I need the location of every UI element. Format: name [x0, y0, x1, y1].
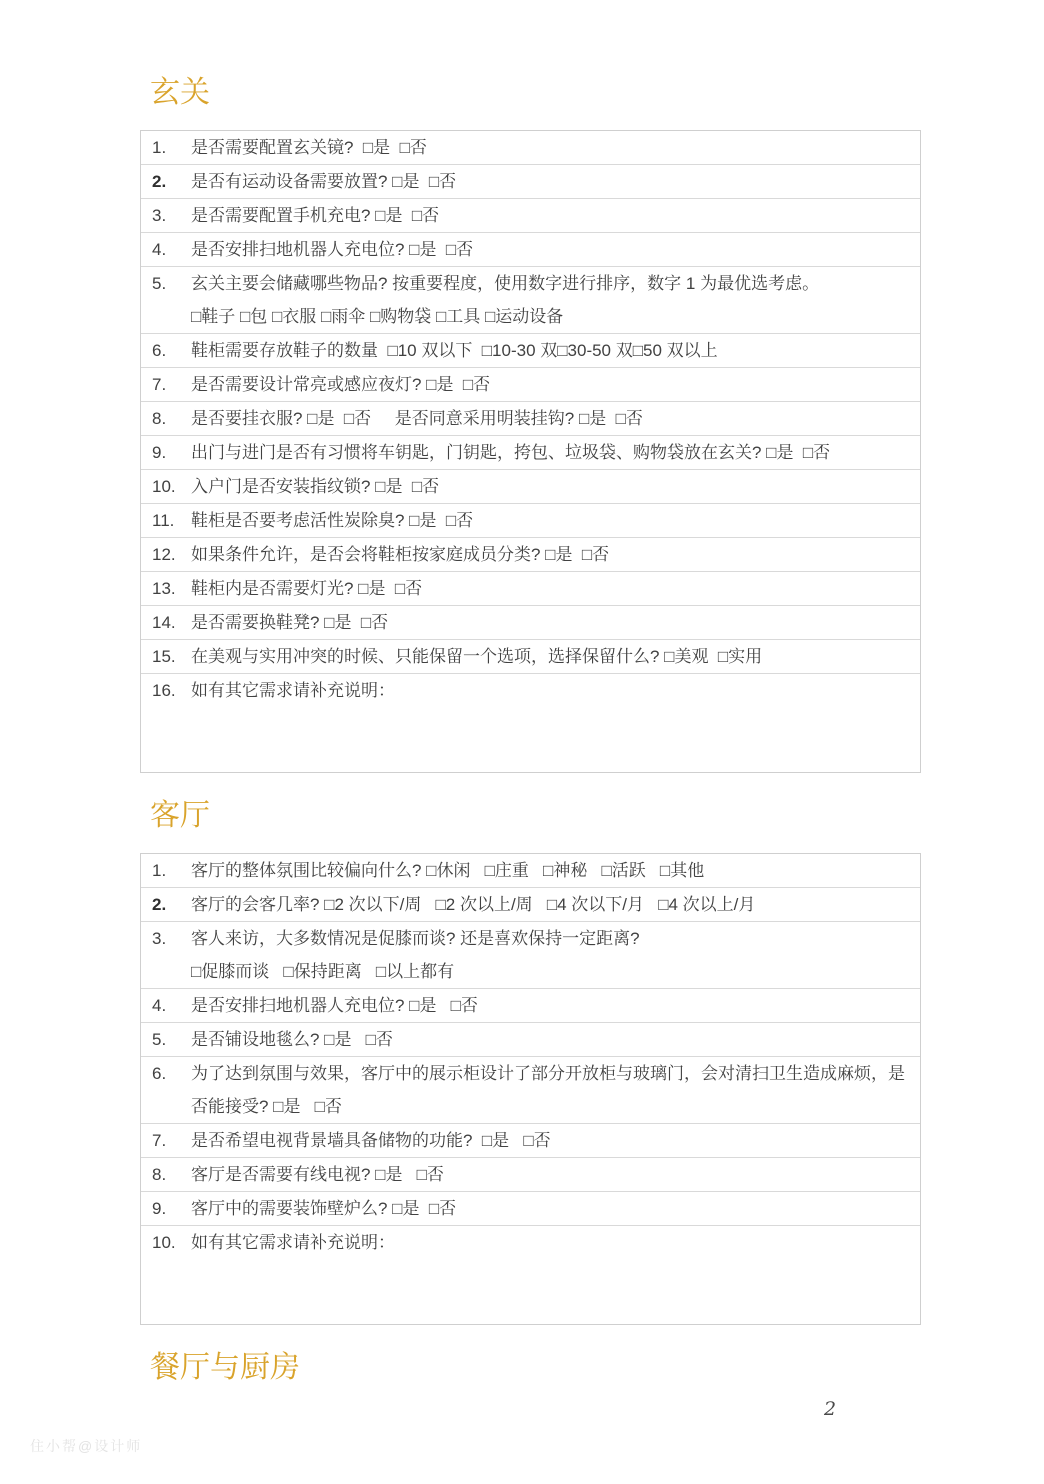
- question-row: 8.客厅是否需要有线电视? □是 □否: [141, 1157, 920, 1191]
- question-line: 出门与进门是否有习惯将车钥匙，门钥匙，挎包、垃圾袋、购物袋放在玄关? □是 □否: [191, 436, 906, 469]
- question-line: 是否要挂衣服? □是 □否 是否同意采用明装挂钩? □是 □否: [191, 402, 906, 435]
- question-line: 是否需要配置手机充电? □是 □否: [191, 199, 906, 232]
- question-text: 在美观与实用冲突的时候、只能保留一个选项，选择保留什么? □美观 □实用: [191, 640, 920, 673]
- page-number: 2: [824, 1398, 836, 1420]
- question-row: 3.客人来访，大多数情况是促膝而谈? 还是喜欢保持一定距离?□促膝而谈 □保持距…: [141, 921, 920, 988]
- question-number: 11.: [141, 504, 191, 537]
- question-number: 8.: [141, 1158, 191, 1191]
- question-line: □鞋子 □包 □衣服 □雨伞 □购物袋 □工具 □运动设备: [191, 300, 906, 333]
- question-number: 9.: [141, 1192, 191, 1225]
- question-line: 是否铺设地毯么? □是 □否: [191, 1023, 906, 1056]
- question-line: 客厅是否需要有线电视? □是 □否: [191, 1158, 906, 1191]
- question-number: 7.: [141, 1124, 191, 1157]
- section-title: 客厅: [150, 798, 921, 833]
- question-number: 2.: [141, 888, 191, 921]
- question-number: 1.: [141, 854, 191, 887]
- question-text: 客人来访，大多数情况是促膝而谈? 还是喜欢保持一定距离?□促膝而谈 □保持距离 …: [191, 922, 920, 988]
- question-line: 鞋柜是否要考虑活性炭除臭? □是 □否: [191, 504, 906, 537]
- question-line: 如果条件允许，是否会将鞋柜按家庭成员分类? □是 □否: [191, 538, 906, 571]
- question-number: 7.: [141, 368, 191, 401]
- question-row: 8.是否要挂衣服? □是 □否 是否同意采用明装挂钩? □是 □否: [141, 401, 920, 435]
- question-text: 玄关主要会储藏哪些物品? 按重要程度，使用数字进行排序，数字 1 为最优选考虑。…: [191, 267, 920, 333]
- question-line: 在美观与实用冲突的时候、只能保留一个选项，选择保留什么? □美观 □实用: [191, 640, 906, 673]
- question-text: 是否安排扫地机器人充电位? □是 □否: [191, 233, 920, 266]
- question-line: 是否需要换鞋凳? □是 □否: [191, 606, 906, 639]
- question-text: 为了达到氛围与效果，客厅中的展示柜设计了部分开放柜与玻璃门，会对清扫卫生造成麻烦…: [191, 1057, 920, 1123]
- question-line: 如有其它需求请补充说明：: [191, 1226, 906, 1259]
- question-text: 鞋柜内是否需要灯光? □是 □否: [191, 572, 920, 605]
- question-row: 4.是否安排扫地机器人充电位? □是 □否: [141, 232, 920, 266]
- question-text: 如果条件允许，是否会将鞋柜按家庭成员分类? □是 □否: [191, 538, 920, 571]
- question-line: □促膝而谈 □保持距离 □以上都有: [191, 955, 906, 988]
- question-text: 是否需要配置手机充电? □是 □否: [191, 199, 920, 232]
- question-row: 9.客厅中的需要装饰壁炉么? □是 □否: [141, 1191, 920, 1225]
- question-number: 8.: [141, 402, 191, 435]
- question-row: 1.客厅的整体氛围比较偏向什么? □休闲 □庄重 □神秘 □活跃 □其他: [141, 854, 920, 887]
- question-line: 是否有运动设备需要放置? □是 □否: [191, 165, 906, 198]
- question-row: 14.是否需要换鞋凳? □是 □否: [141, 605, 920, 639]
- question-row: 6.为了达到氛围与效果，客厅中的展示柜设计了部分开放柜与玻璃门，会对清扫卫生造成…: [141, 1056, 920, 1123]
- question-number: 4.: [141, 989, 191, 1022]
- question-number: 12.: [141, 538, 191, 571]
- question-number: 1.: [141, 131, 191, 164]
- question-row: 16.如有其它需求请补充说明：: [141, 673, 920, 772]
- question-number: 16.: [141, 674, 191, 707]
- question-row: 10.如有其它需求请补充说明：: [141, 1225, 920, 1324]
- question-number: 13.: [141, 572, 191, 605]
- question-number: 9.: [141, 436, 191, 469]
- question-line: 客厅的整体氛围比较偏向什么? □休闲 □庄重 □神秘 □活跃 □其他: [191, 854, 906, 887]
- question-text: 鞋柜需要存放鞋子的数量 □10 双以下 □10-30 双□30-50 双□50 …: [191, 334, 920, 367]
- question-row: 9.出门与进门是否有习惯将车钥匙，门钥匙，挎包、垃圾袋、购物袋放在玄关? □是 …: [141, 435, 920, 469]
- question-line: 客厅中的需要装饰壁炉么? □是 □否: [191, 1192, 906, 1225]
- question-line: 是否需要配置玄关镜? □是 □否: [191, 131, 906, 164]
- question-line: 如有其它需求请补充说明：: [191, 674, 906, 707]
- question-text: 入户门是否安装指纹锁? □是 □否: [191, 470, 920, 503]
- question-row: 5.是否铺设地毯么? □是 □否: [141, 1022, 920, 1056]
- question-row: 3.是否需要配置手机充电? □是 □否: [141, 198, 920, 232]
- question-line: 客人来访，大多数情况是促膝而谈? 还是喜欢保持一定距离?: [191, 922, 906, 955]
- question-number: 4.: [141, 233, 191, 266]
- question-row: 2.是否有运动设备需要放置? □是 □否: [141, 164, 920, 198]
- section-title: 餐厅与厨房: [150, 1350, 921, 1385]
- question-line: 是否安排扫地机器人充电位? □是 □否: [191, 233, 906, 266]
- question-line: 鞋柜内是否需要灯光? □是 □否: [191, 572, 906, 605]
- question-text: 如有其它需求请补充说明：: [191, 674, 920, 707]
- question-row: 7.是否需要设计常亮或感应夜灯? □是 □否: [141, 367, 920, 401]
- question-row: 11.鞋柜是否要考虑活性炭除臭? □是 □否: [141, 503, 920, 537]
- question-line: 是否安排扫地机器人充电位? □是 □否: [191, 989, 906, 1022]
- question-text: 客厅是否需要有线电视? □是 □否: [191, 1158, 920, 1191]
- question-number: 3.: [141, 199, 191, 232]
- question-line: 是否需要设计常亮或感应夜灯? □是 □否: [191, 368, 906, 401]
- question-row: 12.如果条件允许，是否会将鞋柜按家庭成员分类? □是 □否: [141, 537, 920, 571]
- question-number: 2.: [141, 165, 191, 198]
- question-text: 是否需要换鞋凳? □是 □否: [191, 606, 920, 639]
- question-text: 是否铺设地毯么? □是 □否: [191, 1023, 920, 1056]
- question-text: 是否需要配置玄关镜? □是 □否: [191, 131, 920, 164]
- question-row: 4.是否安排扫地机器人充电位? □是 □否: [141, 988, 920, 1022]
- questionnaire-sections: 玄关1.是否需要配置玄关镜? □是 □否2.是否有运动设备需要放置? □是 □否…: [140, 75, 921, 1385]
- question-number: 6.: [141, 334, 191, 367]
- question-number: 6.: [141, 1057, 191, 1090]
- watermark: 住小帮@设计师: [30, 1436, 142, 1456]
- question-number: 15.: [141, 640, 191, 673]
- question-row: 2.客厅的会客几率? □2 次以下/周 □2 次以上/周 □4 次以下/月 □4…: [141, 887, 920, 921]
- question-number: 10.: [141, 1226, 191, 1259]
- question-text: 是否希望电视背景墙具备储物的功能? □是 □否: [191, 1124, 920, 1157]
- question-line: 是否希望电视背景墙具备储物的功能? □是 □否: [191, 1124, 906, 1157]
- question-row: 15.在美观与实用冲突的时候、只能保留一个选项，选择保留什么? □美观 □实用: [141, 639, 920, 673]
- question-text: 出门与进门是否有习惯将车钥匙，门钥匙，挎包、垃圾袋、购物袋放在玄关? □是 □否: [191, 436, 920, 469]
- question-table: 1.是否需要配置玄关镜? □是 □否2.是否有运动设备需要放置? □是 □否3.…: [140, 130, 921, 773]
- question-text: 客厅的会客几率? □2 次以下/周 □2 次以上/周 □4 次以下/月 □4 次…: [191, 888, 920, 921]
- question-text: 客厅的整体氛围比较偏向什么? □休闲 □庄重 □神秘 □活跃 □其他: [191, 854, 920, 887]
- section-title: 玄关: [150, 75, 921, 110]
- question-row: 7.是否希望电视背景墙具备储物的功能? □是 □否: [141, 1123, 920, 1157]
- question-row: 1.是否需要配置玄关镜? □是 □否: [141, 131, 920, 164]
- question-text: 是否有运动设备需要放置? □是 □否: [191, 165, 920, 198]
- question-text: 鞋柜是否要考虑活性炭除臭? □是 □否: [191, 504, 920, 537]
- question-row: 5.玄关主要会储藏哪些物品? 按重要程度，使用数字进行排序，数字 1 为最优选考…: [141, 266, 920, 333]
- document-page: 玄关1.是否需要配置玄关镜? □是 □否2.是否有运动设备需要放置? □是 □否…: [140, 0, 921, 1405]
- question-row: 6.鞋柜需要存放鞋子的数量 □10 双以下 □10-30 双□30-50 双□5…: [141, 333, 920, 367]
- question-row: 10.入户门是否安装指纹锁? □是 □否: [141, 469, 920, 503]
- question-table: 1.客厅的整体氛围比较偏向什么? □休闲 □庄重 □神秘 □活跃 □其他2.客厅…: [140, 853, 921, 1325]
- question-line: 玄关主要会储藏哪些物品? 按重要程度，使用数字进行排序，数字 1 为最优选考虑。: [191, 267, 906, 300]
- question-row: 13.鞋柜内是否需要灯光? □是 □否: [141, 571, 920, 605]
- question-number: 5.: [141, 1023, 191, 1056]
- question-number: 3.: [141, 922, 191, 955]
- question-line: 客厅的会客几率? □2 次以下/周 □2 次以上/周 □4 次以下/月 □4 次…: [191, 888, 906, 921]
- question-text: 客厅中的需要装饰壁炉么? □是 □否: [191, 1192, 920, 1225]
- question-line: 为了达到氛围与效果，客厅中的展示柜设计了部分开放柜与玻璃门，会对清扫卫生造成麻烦…: [191, 1057, 906, 1123]
- question-number: 14.: [141, 606, 191, 639]
- question-text: 如有其它需求请补充说明：: [191, 1226, 920, 1259]
- question-number: 5.: [141, 267, 191, 300]
- question-text: 是否安排扫地机器人充电位? □是 □否: [191, 989, 920, 1022]
- question-text: 是否需要设计常亮或感应夜灯? □是 □否: [191, 368, 920, 401]
- question-line: 入户门是否安装指纹锁? □是 □否: [191, 470, 906, 503]
- question-text: 是否要挂衣服? □是 □否 是否同意采用明装挂钩? □是 □否: [191, 402, 920, 435]
- question-line: 鞋柜需要存放鞋子的数量 □10 双以下 □10-30 双□30-50 双□50 …: [191, 334, 906, 367]
- question-number: 10.: [141, 470, 191, 503]
